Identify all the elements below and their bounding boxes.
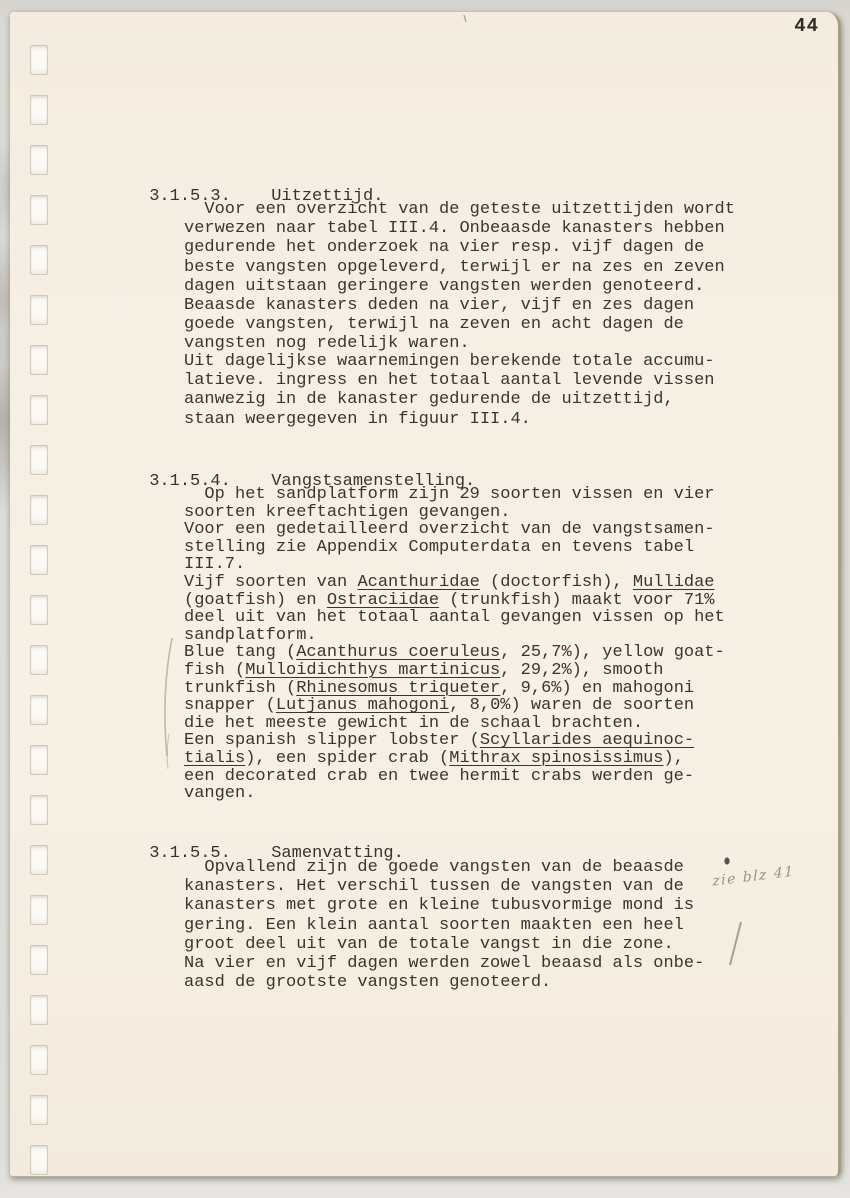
punch-hole <box>30 745 48 775</box>
text-line: verwezen naar tabel III.4. Onbeaasde kan… <box>184 219 735 238</box>
punch-hole <box>30 95 48 125</box>
punch-hole <box>30 1095 48 1125</box>
margin-pencil-line <box>165 638 172 756</box>
punch-hole <box>30 945 48 975</box>
text-line: beste vangsten opgeleverd, terwijl er na… <box>184 258 735 277</box>
punch-hole <box>30 1045 48 1075</box>
text-line: groot deel uit van de totale vangst in d… <box>184 935 704 954</box>
text-line: Na vier en vijf dagen werden zowel beaas… <box>184 954 704 973</box>
text-line: Voor een overzicht van de geteste uitzet… <box>184 200 735 219</box>
text-line: Beaasde kanasters deden na vier, vijf en… <box>184 296 735 315</box>
punch-hole <box>30 495 48 525</box>
punch-hole <box>30 595 48 625</box>
punch-hole <box>30 795 48 825</box>
text-line: Blue tang (Acanthurus coeruleus, 25,7%),… <box>184 644 725 662</box>
top-tick-mark <box>464 15 466 22</box>
text-line: Op het sandplatform zijn 29 soorten viss… <box>184 486 725 504</box>
punch-hole <box>30 545 48 575</box>
text-line: gering. Een klein aantal soorten maakten… <box>184 916 704 935</box>
text-line: Een spanish slipper lobster (Scyllarides… <box>184 732 725 750</box>
text-line: Voor een gedetailleerd overzicht van de … <box>184 521 725 539</box>
punch-hole <box>30 295 48 325</box>
punch-hole <box>30 1145 48 1175</box>
text-line: fish (Mulloidichthys martinicus, 29,2%),… <box>184 662 725 680</box>
text-line: kanasters met grote en kleine tubusvormi… <box>184 896 704 915</box>
page-number: 44 <box>794 15 819 37</box>
text-line: Opvallend zijn de goede vangsten van de … <box>184 858 704 877</box>
text-line: (goatfish) en Ostraciidae (trunkfish) ma… <box>184 592 725 610</box>
text-line: latieve. ingress en het totaal aantal le… <box>184 371 715 390</box>
text-line: Uit dagelijkse waarnemingen berekende to… <box>184 352 715 371</box>
text-line: dagen uitstaan geringere vangsten werden… <box>184 277 735 296</box>
text-line: stelling zie Appendix Computerdata en te… <box>184 539 725 557</box>
punch-hole <box>30 695 48 725</box>
text-line: vangen. <box>184 785 725 803</box>
text-line: vangsten nog redelijk waren. <box>184 334 735 353</box>
punch-hole <box>30 395 48 425</box>
text-line: die het meeste gewicht in de schaal brac… <box>184 715 725 733</box>
punch-hole <box>30 445 48 475</box>
text-line: trunkfish (Rhinesomus triqueter, 9,6%) e… <box>184 680 725 698</box>
text-line: goede vangsten, terwijl na zeven en acht… <box>184 315 735 334</box>
punch-hole <box>30 845 48 875</box>
scan-background: 44 3.1.5.3.Uitzettijd. Voor een overzich… <box>0 0 850 1198</box>
punch-hole <box>30 345 48 375</box>
text-line: deel uit van het totaal aantal gevangen … <box>184 609 725 627</box>
ink-speck <box>724 857 729 864</box>
paragraph-uitzettijd-2: Uit dagelijkse waarnemingen berekende to… <box>184 352 715 429</box>
text-line: tialis), een spider crab (Mithrax spinos… <box>184 750 725 768</box>
text-line: staan weergegeven in figuur III.4. <box>184 410 715 429</box>
paragraph-uitzettijd-1: Voor een overzicht van de geteste uitzet… <box>184 200 735 354</box>
text-line: snapper (Lutjanus mahogoni, 8,0%) waren … <box>184 697 725 715</box>
punch-hole <box>30 245 48 275</box>
punch-hole <box>30 645 48 675</box>
text-line: aanwezig in de kanaster gedurende de uit… <box>184 390 715 409</box>
margin-pencil-line-2 <box>167 734 169 769</box>
paragraph-samenvatting: Opvallend zijn de goede vangsten van de … <box>184 858 704 992</box>
text-line: een decorated crab en twee hermit crabs … <box>184 768 725 786</box>
text-line: III.7. <box>184 556 725 574</box>
paragraph-vangstsamenstelling: Op het sandplatform zijn 29 soorten viss… <box>184 486 725 803</box>
text-line: gedurende het onderzoek na vier resp. vi… <box>184 238 735 257</box>
punch-hole <box>30 895 48 925</box>
text-line: Vijf soorten van Acanthuridae (doctorfis… <box>184 574 725 592</box>
document-page: 44 3.1.5.3.Uitzettijd. Voor een overzich… <box>10 12 841 1177</box>
handwritten-note: zie blz 41 <box>712 860 821 889</box>
text-line: soorten kreeftachtigen gevangen. <box>184 504 725 522</box>
punch-hole <box>30 45 48 75</box>
pencil-slash-mark <box>730 922 741 965</box>
punch-hole <box>30 995 48 1025</box>
punch-hole <box>30 195 48 225</box>
text-line: kanasters. Het verschil tussen de vangst… <box>184 877 704 896</box>
text-line: sandplatform. <box>184 627 725 645</box>
text-line: aasd de grootste vangsten genoteerd. <box>184 973 704 992</box>
punch-hole <box>30 145 48 175</box>
